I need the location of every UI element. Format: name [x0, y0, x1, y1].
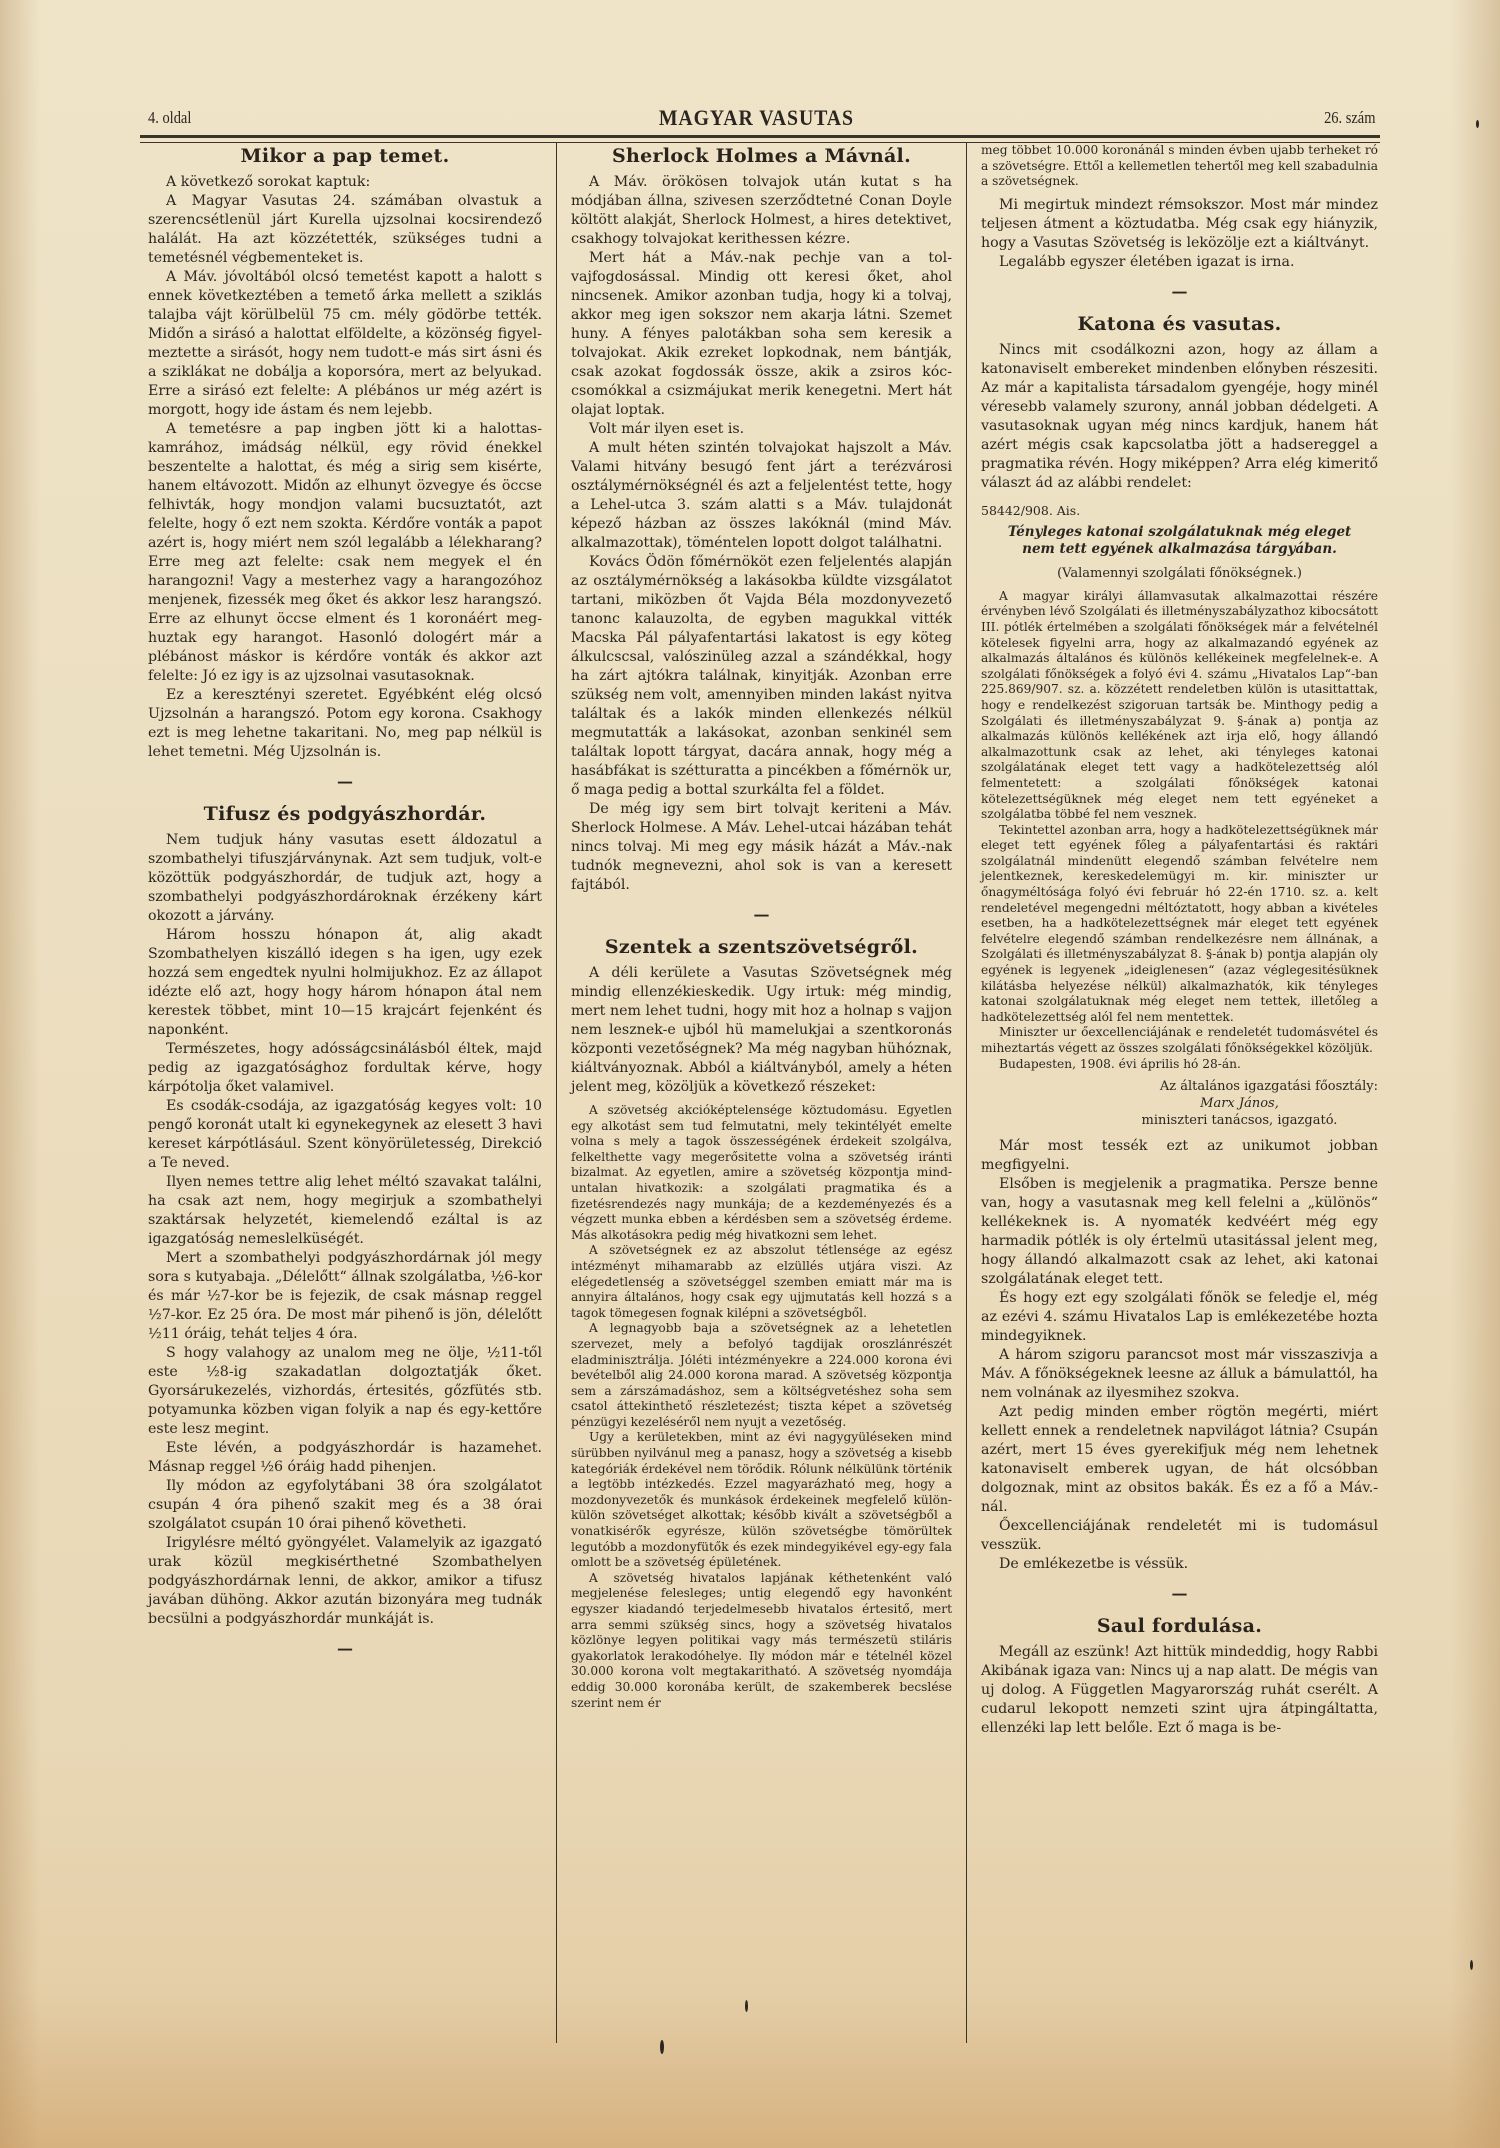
article-separator: — [981, 282, 1378, 301]
paragraph: meg többet 10.000 koronánál s minden évb… [981, 143, 1378, 190]
paragraph: Azt pedig minden ember rögtön megérti, m… [981, 1403, 1378, 1517]
paragraph: De még igy sem birt tolvajt keriteni a M… [571, 800, 952, 895]
column-middle: Sherlock Holmes a Mávnál. A Máv. örököse… [556, 143, 966, 2043]
article-quote-szentek-continued: meg többet 10.000 koronánál s minden évb… [981, 143, 1378, 190]
paragraph: A szövetség akcióképtelensége köztudomás… [571, 1103, 952, 1243]
page-edge-shadow-right [1450, 0, 1500, 2148]
paragraph: Budapesten, 1908. évi április hó 28-án. [981, 1057, 1378, 1073]
header-rule [140, 135, 1380, 143]
paragraph: Nincs mit csodálkozni azon, hogy az álla… [981, 341, 1378, 493]
paragraph: A mult héten szintén tolvajokat hajszolt… [571, 439, 952, 553]
article-body-katona-intro: Nincs mit csodálkozni azon, hogy az álla… [981, 341, 1378, 493]
article-title-sherlock: Sherlock Holmes a Mávnál. [571, 145, 952, 167]
article-title-katona: Katona és vasutas. [981, 313, 1378, 335]
article-separator: — [571, 905, 952, 924]
decree-title: Tényleges katonai szolgálatuknak még ele… [991, 524, 1368, 558]
paragraph: Mert hát a Máv.-nak pechje van a tol­vaj… [571, 249, 952, 420]
paragraph: A Máv. örökösen tolvajok után kutat s ha… [571, 173, 952, 249]
paragraph: Ily módon az egyfolytábani 38 óra szol­g… [148, 1477, 542, 1534]
paragraph: Mert a szombathelyi podgyászhordárnak jó… [148, 1249, 542, 1344]
page-header: 4. oldal MAGYAR VASUTAS 26. szám [148, 104, 1375, 132]
paragraph: A következő sorokat kaptuk: [148, 173, 542, 192]
paragraph: A magyar királyi államvasutak alkalmazot… [981, 589, 1378, 823]
article-separator: — [148, 1639, 542, 1658]
paragraph: Miniszter ur őexcellenciájának e rendele… [981, 1025, 1378, 1056]
paragraph: Három hosszu hónapon át, alig akadt Szom… [148, 926, 542, 1040]
signature-role: miniszteri tanácsos, igazgató. [981, 1112, 1378, 1129]
article-title-szentek: Szentek a szentszövetségről. [571, 936, 952, 958]
paragraph: Nem tudjuk hány vasutas esett áldozatul … [148, 831, 542, 926]
decree-number: 58442/908. Ais. [981, 503, 1378, 518]
article-title-mikor: Mikor a pap temet. [148, 145, 542, 167]
decree-addressee: (Valamennyi szolgálati főnökségnek.) [981, 566, 1378, 581]
paragraph: Kovács Ödön főmérnököt ezen feljelentés … [571, 553, 952, 800]
paragraph: A temetésre a pap ingben jött ki a halot… [148, 420, 542, 686]
decree-signature: Az általános igazgatási főosztály: Marx … [981, 1078, 1378, 1129]
paragraph: A legnagyobb baja a szövetségnek az a le… [571, 1321, 952, 1430]
paragraph: Őexcellenciájának rendeletét mi is tudo­… [981, 1517, 1378, 1555]
paragraph: És hogy ezt egy szolgálati főnök se fele… [981, 1289, 1378, 1346]
paragraph: Már most tessék ezt az unikumot jobban m… [981, 1137, 1378, 1175]
paragraph: De emlékezetbe is véssük. [981, 1555, 1378, 1574]
article-columns: Mikor a pap temet. A következő sorokat k… [148, 143, 1378, 2043]
decree-body: A magyar királyi államvasutak alkalmazot… [981, 589, 1378, 1072]
paragraph: Es csodák-csodája, az igazgatóság kegyes… [148, 1097, 542, 1173]
article-body-szentek: A déli kerülete a Vasutas Szövetségnek m… [571, 964, 952, 1097]
paragraph: A három szigoru parancsot most már vissz… [981, 1346, 1378, 1403]
issue-number: 26. szám [1324, 108, 1375, 128]
paragraph: A Magyar Vasutas 24. számában olvastuk a… [148, 192, 542, 268]
article-body-katona: Már most tessék ezt az unikumot jobban m… [981, 1137, 1378, 1574]
paragraph: Legalább egyszer életében igazat is irna… [981, 253, 1378, 272]
paragraph: A szövetségnek ez az abszolut tétlensége… [571, 1243, 952, 1321]
paragraph: A Máv. jóvoltából olcsó temetést kapott … [148, 268, 542, 420]
paragraph: Volt már ilyen eset is. [571, 420, 952, 439]
paragraph: Mi megirtuk mindezt rémsokszor. Most már… [981, 196, 1378, 253]
newspaper-title: MAGYAR VASUTAS [659, 105, 854, 131]
paragraph: Irigylésre méltó gyöngyélet. Valamelyik … [148, 1534, 542, 1629]
article-body-mikor: A következő sorokat kaptuk:A Magyar Vasu… [148, 173, 542, 762]
paragraph: A déli kerülete a Vasutas Szövetségnek m… [571, 964, 952, 1097]
page-edge-shadow-left [0, 0, 40, 2148]
article-closing-szentek: Mi megirtuk mindezt rémsokszor. Most már… [981, 196, 1378, 272]
article-quote-szentek: A szövetség akcióképtelensége köztudomás… [571, 1103, 952, 1711]
paragraph: Tekintettel azonban arra, hogy a hadköte… [981, 823, 1378, 1026]
article-title-saul: Saul fordulása. [981, 1615, 1378, 1637]
article-body-saul: Megáll az eszünk! Azt hittük mindeddig, … [981, 1643, 1378, 1738]
paragraph: Ugy a kerületekben, mint az évi nagygyül… [571, 1430, 952, 1570]
article-body-tifusz: Nem tudjuk hány vasutas esett áldozatul … [148, 831, 542, 1629]
column-right: meg többet 10.000 koronánál s minden évb… [966, 143, 1378, 2043]
paragraph: Ez a keresztényi szeretet. Egyébként elé… [148, 686, 542, 762]
paragraph: S hogy valahogy az unalom meg ne ölje, ½… [148, 1344, 542, 1439]
article-title-tifusz: Tifusz és podgyászhordár. [148, 803, 542, 825]
paragraph: Ilyen nemes tettre alig lehet méltó szav… [148, 1173, 542, 1249]
paragraph: A szövetség hivatalos lapjának kéthetenk… [571, 1571, 952, 1711]
paragraph: Megáll az eszünk! Azt hittük mindeddig, … [981, 1643, 1378, 1738]
article-separator: — [148, 772, 542, 791]
article-separator: — [981, 1584, 1378, 1603]
page-number: 4. oldal [148, 108, 191, 128]
signature-name: Marx János, [981, 1095, 1378, 1112]
paragraph: Elsőben is megjelenik a pragmatika. Pers… [981, 1175, 1378, 1289]
column-left: Mikor a pap temet. A következő sorokat k… [148, 143, 556, 2043]
paragraph: Természetes, hogy adósságcsinálásból élt… [148, 1040, 542, 1097]
signature-department: Az általános igazgatási főosztály: [981, 1078, 1378, 1095]
article-body-sherlock: A Máv. örökösen tolvajok után kutat s ha… [571, 173, 952, 895]
paragraph: Este lévén, a podgyászhordár is haza­meh… [148, 1439, 542, 1477]
